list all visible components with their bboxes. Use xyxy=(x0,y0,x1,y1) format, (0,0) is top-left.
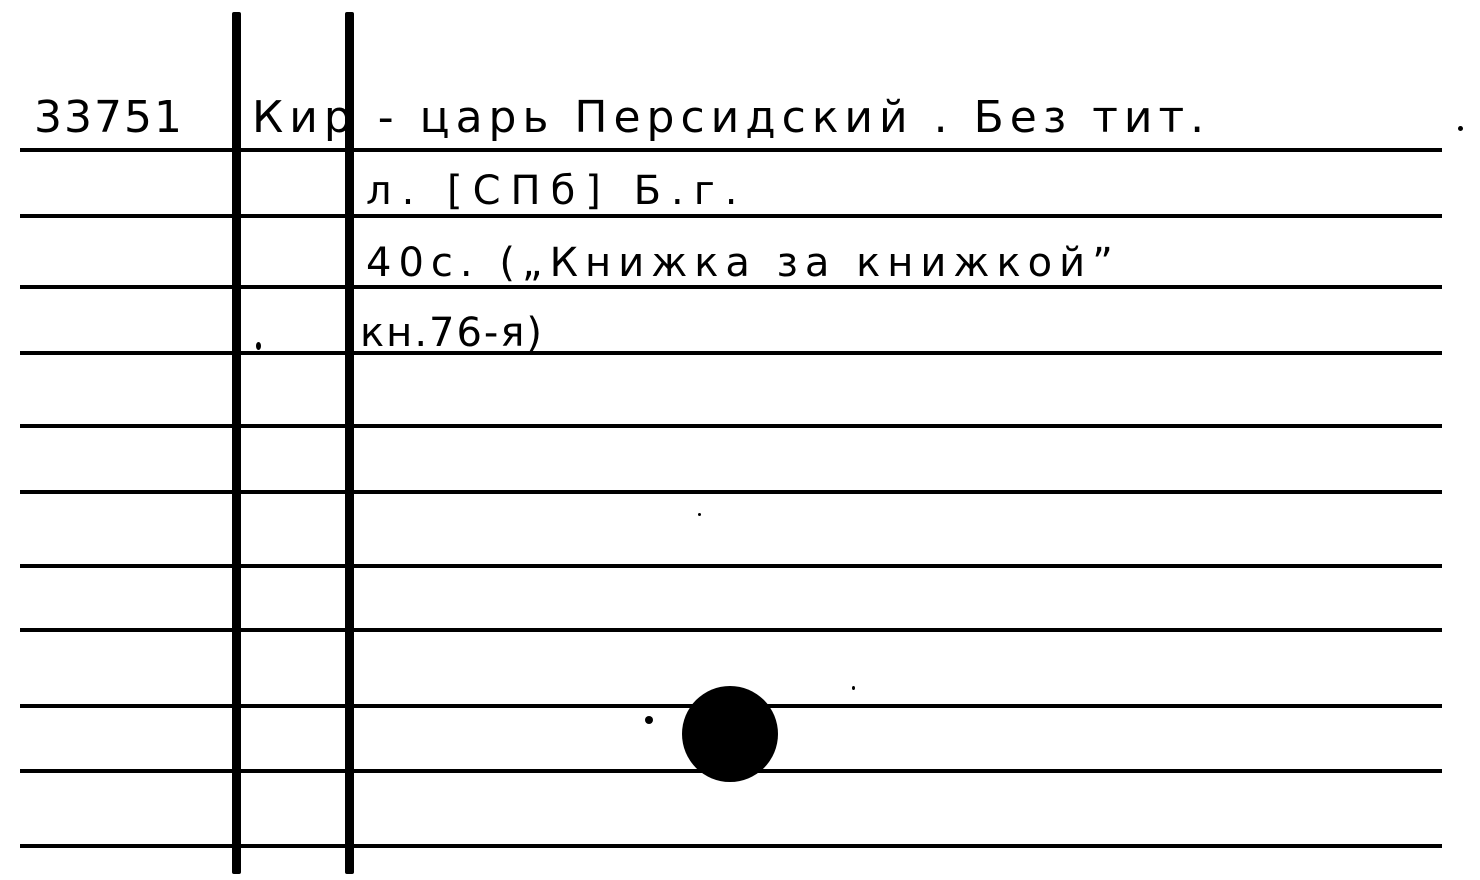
imprint-line: л. [СПб] Б.г. xyxy=(366,168,747,214)
ruled-line xyxy=(20,424,1442,428)
ink-speck xyxy=(852,686,855,690)
ruled-line xyxy=(20,844,1442,848)
call-number: 33751 xyxy=(34,92,184,143)
collation-line: 40с. („Книжка за книжкой” xyxy=(366,240,1120,286)
ruled-line xyxy=(20,628,1442,632)
ruled-line xyxy=(20,214,1442,218)
ink-speck xyxy=(1458,126,1463,131)
catalog-card: 33751 Кир - царь Персидский . Без тит. л… xyxy=(0,0,1480,880)
ruled-line xyxy=(20,564,1442,568)
ink-speck xyxy=(698,513,701,516)
ruled-line xyxy=(20,351,1442,355)
series-line: кн.76-я) xyxy=(360,310,544,356)
punch-hole xyxy=(682,686,778,782)
column-rule-left xyxy=(232,12,241,874)
ruled-line xyxy=(20,148,1442,152)
ink-speck xyxy=(256,342,261,350)
author-title-line: Кир - царь Персидский . Без тит. xyxy=(252,92,1210,143)
ruled-line xyxy=(20,490,1442,494)
ink-speck xyxy=(645,716,653,724)
